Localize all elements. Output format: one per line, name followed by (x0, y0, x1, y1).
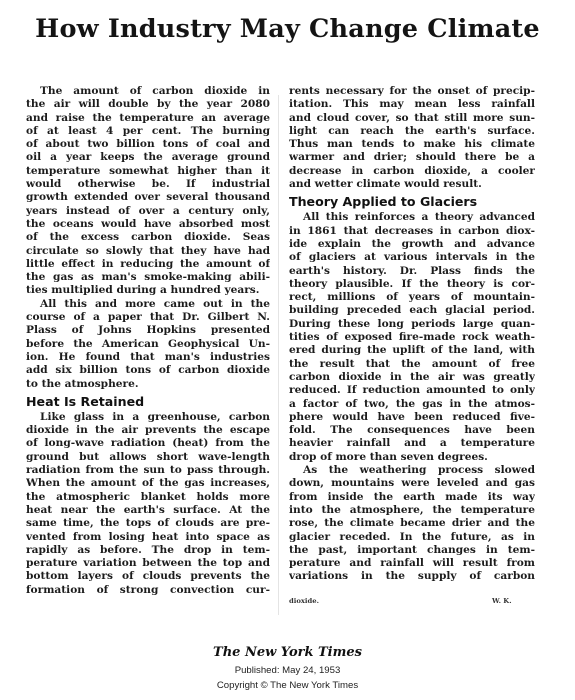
text-line: the gas as man's smoke-making abili- (26, 271, 270, 284)
text-line: ion. He found that man's industries (26, 351, 270, 364)
text-line: The amount of carbon dioxide in (26, 85, 270, 98)
text-line: ground but allows short wave-length (26, 451, 270, 464)
copyright-notice: Copyright © The New York Times (0, 680, 575, 691)
text-line: years instead of over a century only, (26, 205, 270, 218)
text-line: the atmospheric blanket holds more (26, 491, 270, 504)
text-line: itation. This may mean less rainfall (289, 98, 535, 111)
newspaper-masthead: The New York Times (0, 645, 575, 660)
text-line: rose, the climate became drier and the (289, 517, 535, 530)
text-line: heavier rainfall and a temperature (289, 437, 535, 450)
headline: How Industry May Change Climate (0, 14, 575, 44)
text-line: phere would have been reduced five- (289, 411, 535, 424)
text-line: before the American Geophysical Un- (26, 338, 270, 351)
column-divider (278, 95, 279, 615)
text-line: little effect in reducing the amount of (26, 258, 270, 271)
text-line: and cloud cover, so that still more sun- (289, 112, 535, 125)
text-line: glacier receded. In the future, as in (289, 531, 535, 544)
text-line: rect, millions of years of mountain- (289, 291, 535, 304)
text-line: reduced. If reduction amounted to only (289, 384, 535, 397)
text-line: radiation from the sun to pass through. (26, 464, 270, 477)
text-line: ide explain the growth and advance (289, 238, 535, 251)
text-line: ered during the uplift of the land, with (289, 344, 535, 357)
text-line: would otherwise be. If industrial (26, 178, 270, 191)
text-line: into the atmosphere, the temperature (289, 504, 535, 517)
text-line: bottom layers of clouds prevents the (26, 570, 270, 583)
text-line: Plass of Johns Hopkins presented (26, 324, 270, 337)
text-line: growth extended over several thousand (26, 191, 270, 204)
text-line: the oceans would have absorbed most (26, 218, 270, 231)
text-line: Thus man tends to make his climate (289, 138, 535, 151)
text-line: same time, the tops of clouds are pre- (26, 517, 270, 530)
text-line: light can reach the earth's surface. (289, 125, 535, 138)
text-line: down, mountains were leveled and gas (289, 477, 535, 490)
text-line: warmer and drier; should there be a (289, 151, 535, 164)
continuation-text: dioxide. (289, 597, 319, 605)
text-line: temperature somewhat higher than it (26, 165, 270, 178)
text-line: to the atmosphere. (26, 378, 270, 391)
text-line: All this reinforces a theory advanced (289, 211, 535, 224)
text-line: building preceded each glacial period. (289, 304, 535, 317)
text-line: of long-wave radiation (heat) from the (26, 437, 270, 450)
text-line: of at least 4 per cent. The burning (26, 125, 270, 138)
text-line: As the weathering process slowed (289, 464, 535, 477)
text-line: variations in the supply of carbon (289, 570, 535, 583)
text-line: formation of strong convection cur- (26, 584, 270, 597)
text-line: add six billion tons of carbon dioxide (26, 364, 270, 377)
text-line: of glaciers at various intervals in the (289, 251, 535, 264)
text-line: and wetter climate would result. (289, 178, 535, 191)
text-line: earth's history. Dr. Plass finds the (289, 265, 535, 278)
text-line: drop of more than seven degrees. (289, 451, 535, 464)
article-column-left: The amount of carbon dioxide inthe air w… (26, 85, 270, 597)
text-line: of the excess carbon dioxide. Seas (26, 231, 270, 244)
text-line: carbon dioxide in the air was greatly (289, 371, 535, 384)
text-line: oil a year keeps the average ground (26, 151, 270, 164)
section-subhead: Heat Is Retained (26, 391, 270, 411)
text-line: from inside the earth made its way (289, 491, 535, 504)
text-line: rents necessary for the onset of precip- (289, 85, 535, 98)
text-line: the air will double by the year 2080 (26, 98, 270, 111)
text-line: Like glass in a greenhouse, carbon (26, 411, 270, 424)
text-line: a factor of two, the gas in the atmos- (289, 398, 535, 411)
text-line: theory plausible. If the theory is cor- (289, 278, 535, 291)
section-subhead: Theory Applied to Glaciers (289, 191, 535, 211)
text-line: tities of exposed fire-made rock weath- (289, 331, 535, 344)
text-line: and raise the temperature an average (26, 112, 270, 125)
text-line: the result that the amount of free (289, 358, 535, 371)
text-line: decrease in carbon dioxide, a cooler (289, 165, 535, 178)
text-line: the past, important changes in tem- (289, 544, 535, 557)
text-line: circulate so slowly that they have had (26, 245, 270, 258)
article-column-right: rents necessary for the onset of precip-… (289, 85, 535, 584)
text-line: perature and rainfall will result from (289, 557, 535, 570)
text-line: All this and more came out in the (26, 298, 270, 311)
text-line: fold. The consequences have been (289, 424, 535, 437)
text-line: in 1861 that decreases in carbon diox- (289, 225, 535, 238)
text-line: When the amount of the gas increases, (26, 477, 270, 490)
text-line: of about two billion tons of coal and (26, 138, 270, 151)
byline: W. K. (492, 597, 512, 605)
text-line: During these long periods large quan- (289, 318, 535, 331)
text-line: dioxide in the air prevents the escape (26, 424, 270, 437)
text-line: perature variation between the top and (26, 557, 270, 570)
text-line: vented from losing heat into space as (26, 531, 270, 544)
text-line: ties multiplied during a hundred years. (26, 284, 270, 297)
text-line: course of a paper that Dr. Gilbert N. (26, 311, 270, 324)
text-line: heat near the earth's surface. At the (26, 504, 270, 517)
text-line: rapidly as before. The drop in tem- (26, 544, 270, 557)
published-date: Published: May 24, 1953 (0, 665, 575, 676)
